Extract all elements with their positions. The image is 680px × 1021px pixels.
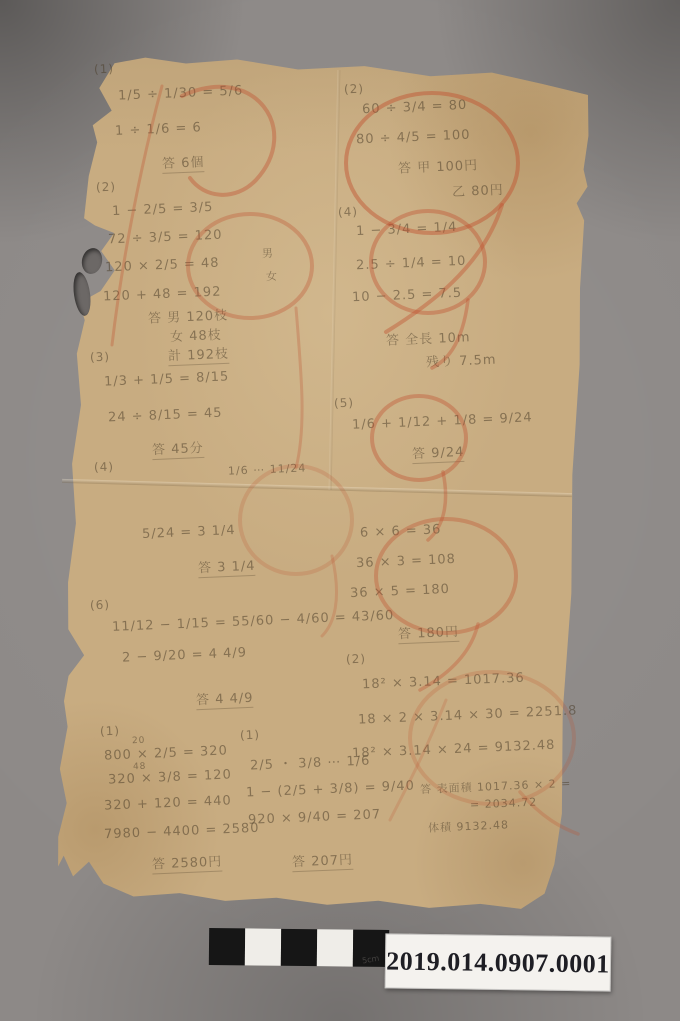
scale-square-white (245, 928, 281, 965)
handwriting-line: (1) (100, 724, 121, 739)
handwriting-line: 女 (266, 268, 279, 284)
handwriting-line: (4) (94, 460, 115, 475)
handwriting-line: 女 48枝 (170, 324, 222, 345)
scale-square-black (281, 929, 317, 966)
handwriting-line: (1) (240, 728, 261, 743)
handwriting-line: (6) (90, 598, 111, 613)
handwriting-line: 答 9/24 (412, 441, 465, 464)
paper-hole (80, 246, 105, 276)
archive-label: 2019.014.0907.0001 (385, 933, 612, 991)
scale-square-white (317, 929, 353, 966)
handwriting-line: 体積 9132.48 (428, 816, 510, 835)
handwriting-line: 答 4 4/9 (196, 687, 254, 710)
handwriting-line: (2) (96, 180, 117, 195)
handwriting-line: 答 2580円 (152, 851, 223, 875)
handwriting-line: (3) (90, 350, 111, 365)
handwriting-line: (2) (344, 82, 365, 97)
handwriting-line: 残り 7.5m (426, 349, 497, 371)
handwriting-line: 答 3 1/4 (198, 555, 256, 578)
handwriting-line: 答 6個 (162, 151, 205, 174)
archive-label-text: 2019.014.0907.0001 (386, 946, 610, 979)
scale-square-black (209, 928, 245, 965)
handwriting-line: (2) (346, 652, 367, 667)
handwriting-line: 答 甲 100円 (398, 154, 479, 176)
handwriting-line: 答 207円 (292, 849, 354, 873)
handwriting-line: 乙 80円 (452, 179, 504, 200)
handwriting-line: 答 45分 (152, 437, 205, 460)
handwriting-line: 答 全長 10m (386, 326, 471, 349)
handwriting-line: 20 (132, 736, 146, 747)
handwriting-line: 計 192枝 (168, 343, 230, 367)
handwriting-line: (4) (338, 205, 359, 220)
handwriting-line: (1) (94, 62, 115, 77)
handwriting-line: (5) (334, 396, 355, 411)
handwriting-line: 男 (262, 245, 275, 261)
handwriting-line: 答 180円 (398, 621, 460, 645)
photo-backdrop: (1)1/5 ÷ 1/30 = 5/61 ÷ 1/6 = 6答 6個(2)1 −… (0, 0, 680, 1021)
